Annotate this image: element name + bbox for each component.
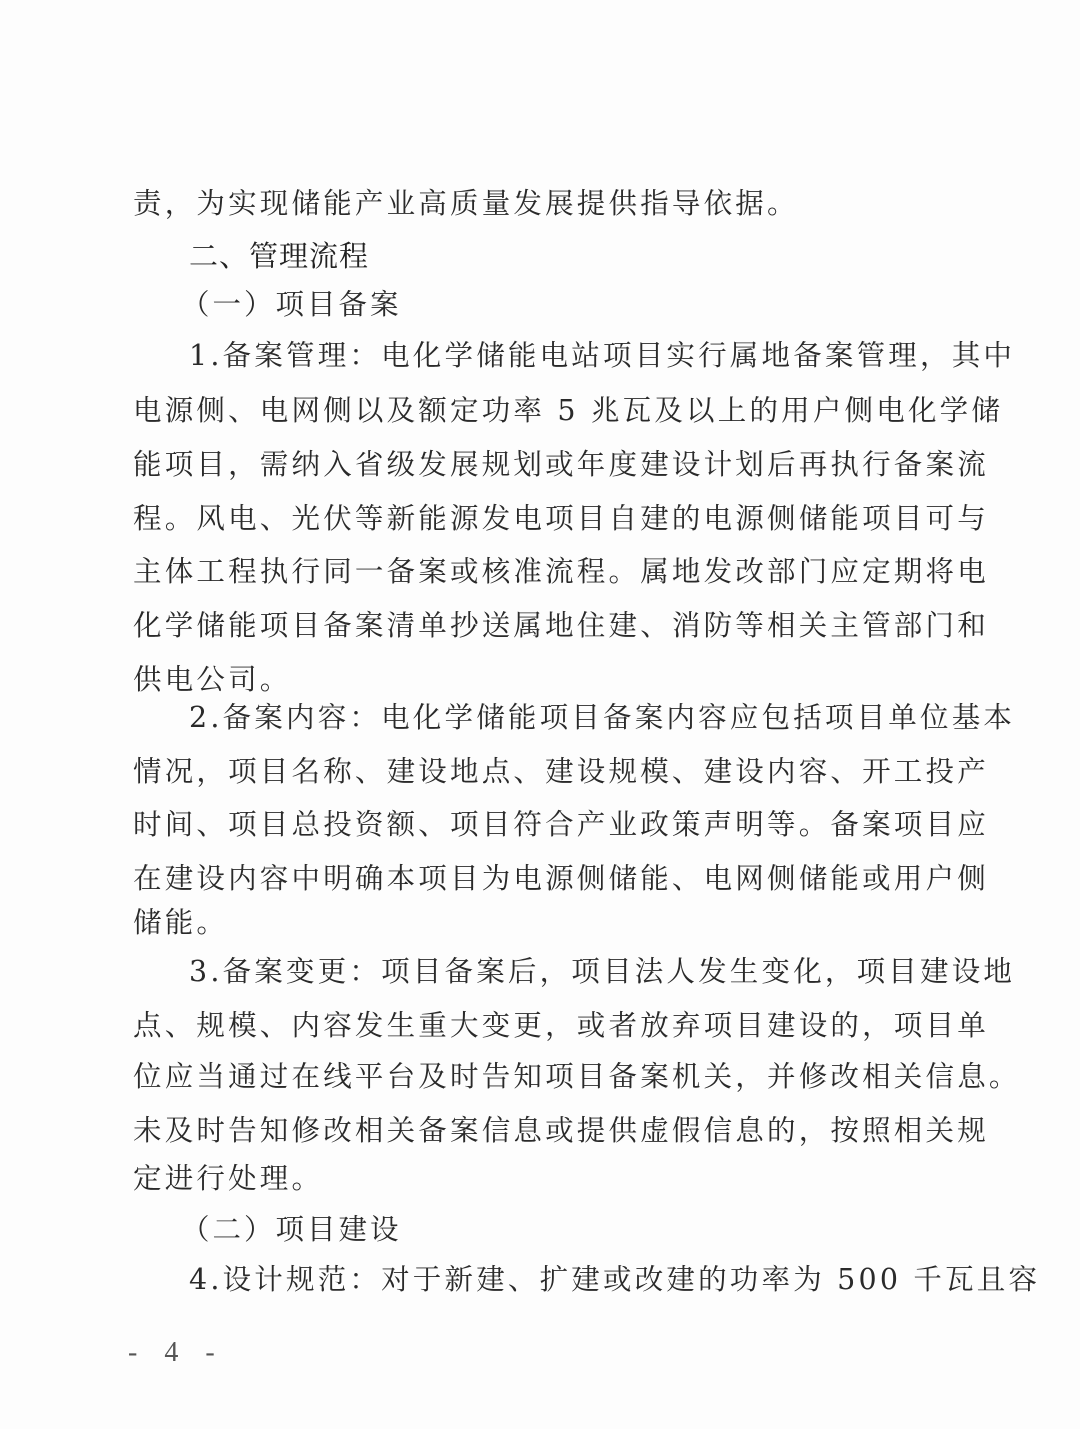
paragraph-line: 2.备案内容：电化学储能项目备案内容应包括项目单位基本 [189, 698, 1015, 738]
paragraph-line: 时间、项目总投资额、项目符合产业政策声明等。备案项目应 [133, 805, 989, 845]
paragraph-line: 未及时告知修改相关备案信息或提供虚假信息的，按照相关规 [133, 1111, 989, 1151]
paragraph-line: 1.备案管理：电化学储能电站项目实行属地备案管理，其中 [189, 336, 1015, 376]
paragraph-line: 3.备案变更：项目备案后，项目法人发生变化，项目建设地 [189, 952, 1015, 992]
paragraph-line: 程。风电、光伏等新能源发电项目自建的电源侧储能项目可与 [133, 499, 989, 539]
paragraph-line: 电源侧、电网侧以及额定功率 5 兆瓦及以上的用户侧电化学储 [133, 391, 1003, 431]
paragraph-line: 定进行处理。 [133, 1159, 323, 1199]
paragraph-line: 4.设计规范：对于新建、扩建或改建的功率为 500 千瓦且容 [189, 1260, 1040, 1300]
section-heading: 二、管理流程 [189, 236, 369, 276]
page-number: - 4 - [128, 1337, 225, 1369]
paragraph-line: 供电公司。 [133, 660, 292, 700]
paragraph-line: 在建设内容中明确本项目为电源侧储能、电网侧储能或用户侧 [133, 859, 989, 899]
paragraph-line: 化学储能项目备案清单抄送属地住建、消防等相关主管部门和 [133, 606, 989, 646]
paragraph-line: 位应当通过在线平台及时告知项目备案机关，并修改相关信息。 [133, 1057, 1021, 1097]
paragraph-line: 主体工程执行同一备案或核准流程。属地发改部门应定期将电 [133, 552, 989, 592]
subsection-title-2: （二）项目建设 [181, 1210, 402, 1250]
subsection-title-1: （一）项目备案 [181, 285, 402, 325]
paragraph-line: 能项目，需纳入省级发展规划或年度建设计划后再执行备案流 [133, 445, 989, 485]
paragraph-line: 储能。 [133, 903, 228, 943]
paragraph-line: 情况，项目名称、建设地点、建设规模、建设内容、开工投产 [133, 752, 989, 792]
continuation-line: 责，为实现储能产业高质量发展提供指导依据。 [133, 184, 799, 224]
paragraph-line: 点、规模、内容发生重大变更，或者放弃项目建设的，项目单 [133, 1006, 989, 1046]
